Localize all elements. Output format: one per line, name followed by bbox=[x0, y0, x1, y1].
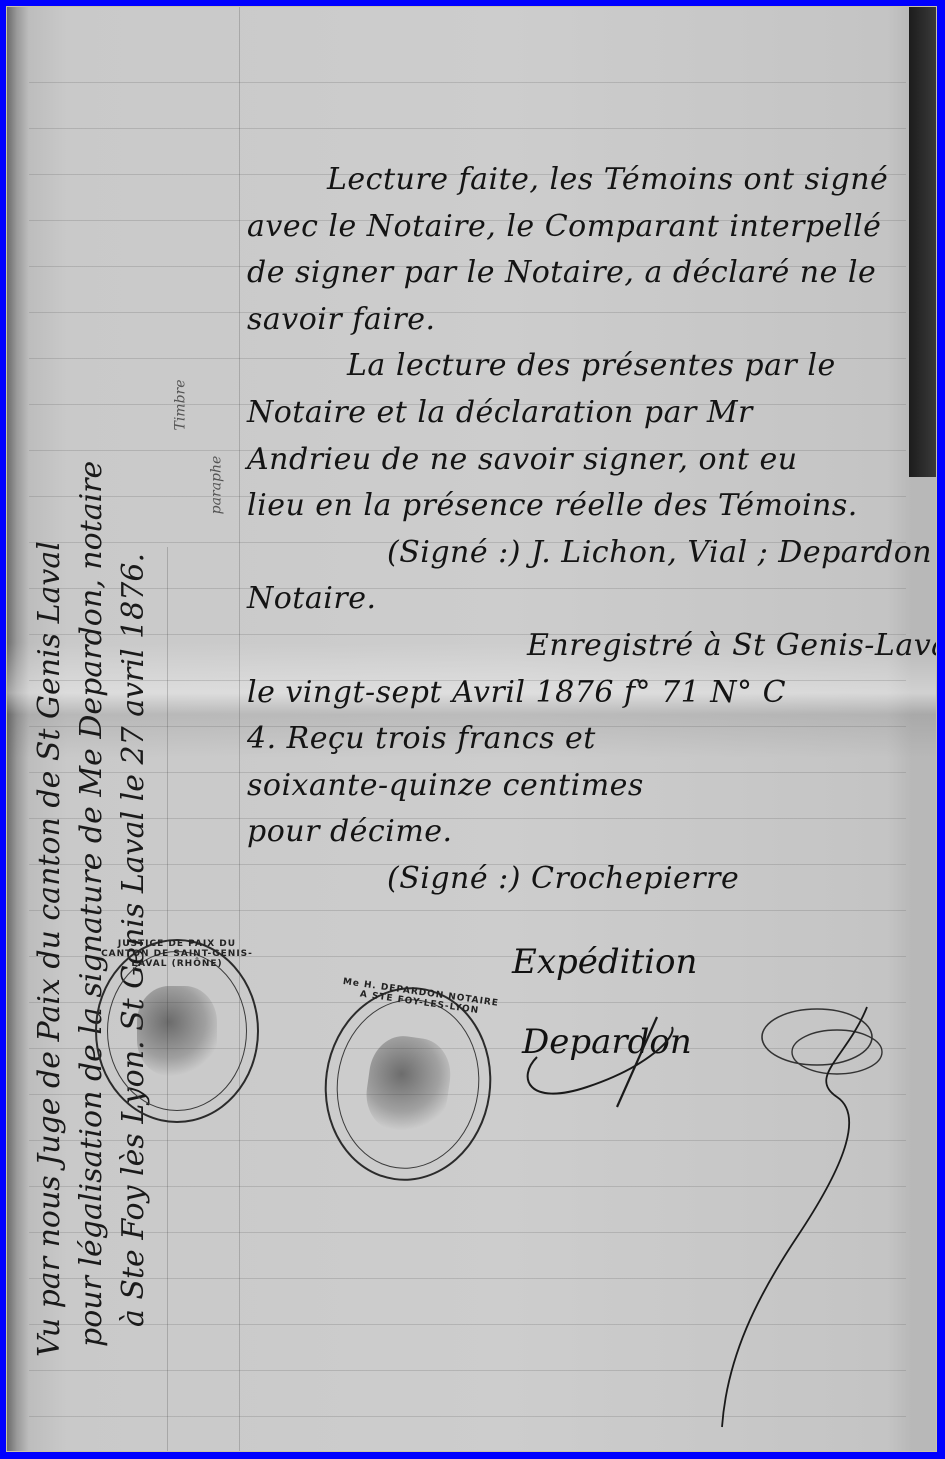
body-line: Lecture faite, les Témoins ont signé bbox=[247, 157, 927, 204]
margin-note-line: Vu par nous Juge de Paix du canton de St… bbox=[29, 127, 71, 1357]
registration-line: pour décime. bbox=[247, 809, 927, 856]
body-line: savoir faire. bbox=[247, 297, 927, 344]
registration-line: soixante-quinze centimes bbox=[247, 763, 927, 810]
body-line: Notaire. bbox=[247, 576, 927, 623]
margin-rule-line bbox=[239, 7, 240, 1451]
pencil-mark-paraphe: paraphe bbox=[208, 456, 224, 515]
body-line: La lecture des présentes par le bbox=[247, 343, 927, 390]
document-page: Vu par nous Juge de Paix du canton de St… bbox=[7, 7, 936, 1451]
body-line: Andrieu de ne savoir signer, ont eu bbox=[247, 437, 927, 484]
expedition-label: Expédition bbox=[512, 942, 697, 982]
registration-line: 4. Reçu trois francs et bbox=[247, 716, 927, 763]
registration-line: Enregistré à St Genis-Laval bbox=[247, 623, 927, 670]
registration-line: le vingt-sept Avril 1876 f° 71 N° C bbox=[247, 670, 927, 717]
signatories-line: (Signé :) J. Lichon, Vial ; Depardon bbox=[247, 530, 927, 577]
act-body-text: Lecture faite, les Témoins ont signé ave… bbox=[247, 157, 927, 903]
margin-note-line: à Ste Foy lès Lyon. St Genis Laval le 27… bbox=[113, 127, 155, 1357]
signature-flourish-icon bbox=[507, 997, 927, 1437]
body-line: lieu en la présence réelle des Témoins. bbox=[247, 483, 927, 530]
pencil-mark-timbre: Timbre bbox=[173, 379, 189, 430]
seal-emblem-icon bbox=[137, 986, 217, 1076]
body-line: de signer par le Notaire, a déclaré ne l… bbox=[247, 250, 927, 297]
registrar-signature-line: (Signé :) Crochepierre bbox=[247, 856, 927, 903]
margin-note-line: pour légalisation de la signature de Me … bbox=[71, 127, 113, 1357]
seal-text: JUSTICE DE PAIX DU CANTON DE SAINT-GENIS… bbox=[97, 939, 257, 969]
marginal-legalisation-note: Vu par nous Juge de Paix du canton de St… bbox=[29, 127, 229, 1357]
justice-of-peace-seal-stamp: JUSTICE DE PAIX DU CANTON DE SAINT-GENIS… bbox=[95, 939, 259, 1123]
body-line: Notaire et la déclaration par Mr bbox=[247, 390, 927, 437]
body-line: avec le Notaire, le Comparant interpellé bbox=[247, 204, 927, 251]
